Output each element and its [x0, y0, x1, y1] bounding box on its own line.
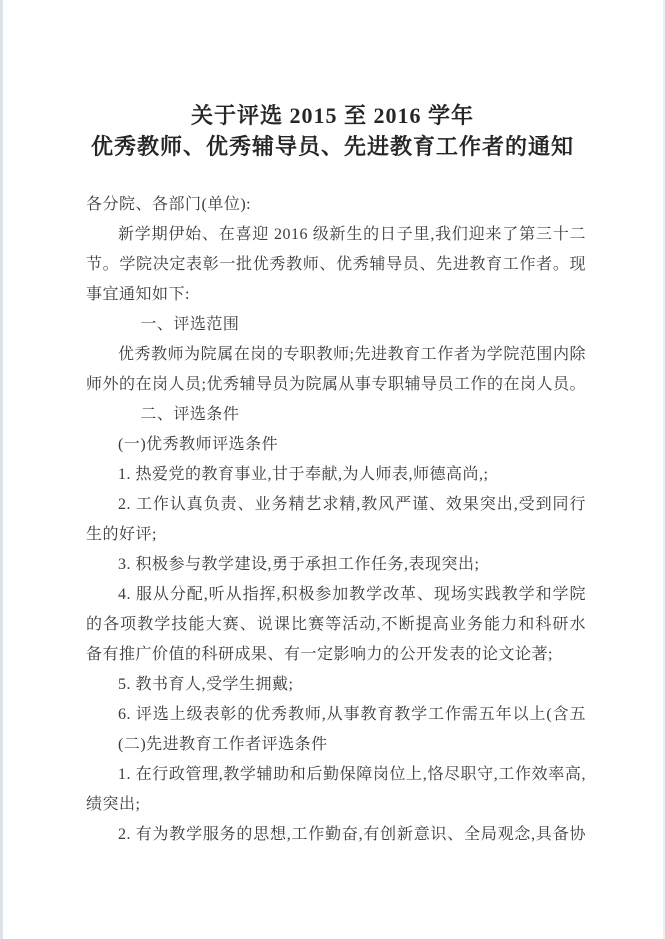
- page-left-edge: [0, 0, 3, 939]
- title-line-1: 关于评选 2015 至 2016 学年: [40, 100, 625, 131]
- text-line: 5. 教书育人,受学生拥戴;: [86, 670, 586, 700]
- text-line: 2. 工作认真负责、业务精艺求精,教风严谨、效果突出,受到同行和学: [86, 490, 586, 520]
- notice-title: 关于评选 2015 至 2016 学年 优秀教师、优秀辅导员、先进教育工作者的通…: [40, 100, 625, 162]
- text-line: 优秀教师为院属在岗的专职教师;先进教育工作者为学院范围内除专职教: [86, 340, 586, 370]
- section-heading-2: 二、评选条件: [86, 400, 586, 430]
- text-line: 师外的在岗人员;优秀辅导员为院属从事专职辅导员工作的在岗人员。: [86, 370, 586, 400]
- text-line: 3. 积极参与教学建设,勇于承担工作任务,表现突出;: [86, 550, 586, 580]
- text-line: 备有推广价值的科研成果、有一定影响力的公开发表的论文论著;: [86, 640, 586, 670]
- document-page: 关于评选 2015 至 2016 学年 优秀教师、优秀辅导员、先进教育工作者的通…: [0, 0, 665, 939]
- title-line-2: 优秀教师、优秀辅导员、先进教育工作者的通知: [40, 131, 625, 162]
- text-line: 新学期伊始、在喜迎 2016 级新生的日子里,我们迎来了第三十二个教师: [86, 220, 586, 250]
- text-line: 6. 评选上级表彰的优秀教师,从事教育教学工作需五年以上(含五年)。: [86, 700, 586, 730]
- text-line: 4. 服从分配,听从指挥,积极参加教学改革、现场实践教学和学院组织: [86, 580, 586, 610]
- subsection-heading-2: (二)先进教育工作者评选条件: [86, 730, 586, 760]
- text-line: 节。学院决定表彰一批优秀教师、优秀辅导员、先进教育工作者。现将有关: [86, 250, 586, 280]
- text-line: 2. 有为教学服务的思想,工作勤奋,有创新意识、全局观念,具备协作: [86, 820, 586, 850]
- text-line: 绩突出;: [86, 790, 586, 820]
- text-line-salutation: 各分院、各部门(单位):: [86, 190, 586, 220]
- text-line: 生的好评;: [86, 520, 586, 550]
- text-line: 事宜通知如下:: [86, 280, 586, 310]
- subsection-heading-1: (一)优秀教师评选条件: [86, 430, 586, 460]
- text-line: 1. 热爱党的教育事业,甘于奉献,为人师表,师德高尚,;: [86, 460, 586, 490]
- section-heading-1: 一、评选范围: [86, 310, 586, 340]
- text-line: 1. 在行政管理,教学辅助和后勤保障岗位上,恪尽职守,工作效率高,成: [86, 760, 586, 790]
- text-line: 的各项教学技能大赛、说课比赛等活动,不断提高业务能力和科研水平,具: [86, 610, 586, 640]
- notice-body: 各分院、各部门(单位): 新学期伊始、在喜迎 2016 级新生的日子里,我们迎来…: [86, 190, 586, 850]
